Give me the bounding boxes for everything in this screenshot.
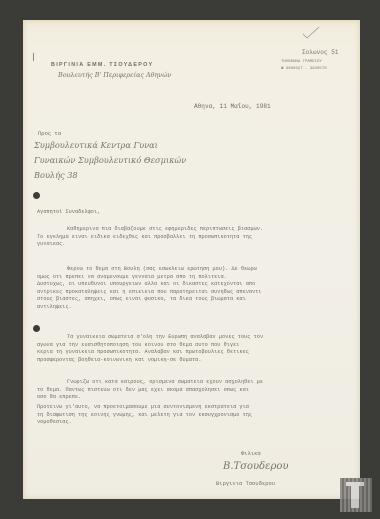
body-line: νομοθεσιας. [37,419,337,427]
body-line: αντιληψεις. [37,304,337,312]
body-paragraph: Φερνω το θεμα στη Βουλη (σας εσωκλειω ερ… [37,266,337,312]
signer-name: Βιργινια Τσουδερου [216,481,275,489]
recipient-handwritten: Συμβουλευτικά Κεντρα Γυναι Γυναικών Συμβ… [34,138,186,183]
body-line: ομως οτι πρεπει να αναμενουμε γενναια με… [37,274,337,282]
sender-name: ΒΙΡΓΙΝΙΑ ΕΜΜ. ΤΣΟΥΔΕΡΟΥ [51,62,153,68]
body-line: το θεμα. Παντως πιστευω οτι δεν μας εχει… [37,387,337,395]
body-line: γυναικας. [37,241,337,249]
checkmark-icon [302,26,320,40]
body-line: Δυστυχως, οι υπευθυνοι υπουργειων αλλα κ… [37,281,337,289]
body-paragraph: Τα γυναικεια σωματεια σ'ολη την Ευρωπη α… [37,334,337,364]
body-line: προσφεροντας βοηθεια-κοινωνικη και νομικ… [37,357,337,365]
body-line: Προτεινω γι'αυτο, να προετοιμασουμε μια … [37,404,337,412]
body-line: Καθημερινα πια διαβαζουμε στις εφημεριδε… [37,226,337,234]
body-line: τη διαφωτιση της κοινης γνωμης, και μελε… [37,412,337,420]
recipient-line: Συμβουλευτικά Κεντρα Γυναι [34,138,186,153]
body-paragraph: Γνωριζω οτι κατα καιρους, ορισμενα σωματ… [37,379,337,402]
recipient-line: Γυναικών Συμβουλευτικό Θεσμικών [34,153,186,168]
body-line: κερια τη γυναικεια προσωπικοτητα. Αναλαβ… [37,349,337,357]
address-street: Σολωνος 51 [302,49,339,57]
salutation: Αγαπητοί Συναδελφοι, [37,209,100,217]
body-line: Το εγκλημα ειναι ειδικα ειδεχθες και προ… [37,234,337,242]
body-paragraph: Προτεινω γι'αυτο, να προετοιμασουμε μια … [37,404,337,427]
recipient-line: Βουλής 38 [34,168,186,183]
letter-page [23,20,360,499]
punch-hole [33,325,40,332]
body-line: Τα γυναικεια σωματεια σ'ολη την Ευρωπη α… [37,334,337,342]
closing: Φιλικα [241,451,261,459]
sender-title: Βουλευτής Β' Περιφερείας Αθηνών [58,71,171,79]
body-line: Φερνω το θεμα στη Βουλη (σας εσωκλειω ερ… [37,266,337,274]
body-line: Γνωριζω οτι κατα καιρους, ορισμενα σωματ… [37,379,337,387]
body-line: στους βιαστες, απηχει, οπως ειναι φυσικο… [37,296,337,304]
body-paragraph: Καθημερινα πια διαβαζουμε στις εφημεριδε… [37,226,337,249]
address-phone-numbers: ☎ 3600327 - 3620570 [281,66,327,74]
punch-hole [33,192,40,199]
letter-date: Αθηνα, 11 Μαΐου, 1981 [194,103,271,111]
body-line: αγωνα για την ευαισθητοποιηση του κοινου… [37,342,337,350]
signature: Β.Τσουδερου [223,461,289,472]
ink-mark [33,53,34,61]
body-line: αντρικες προκαταληψεις και η επιεικια πο… [37,289,337,297]
archive-stamp [340,478,372,512]
body-line: οσο θα επρεπε. [37,394,337,402]
